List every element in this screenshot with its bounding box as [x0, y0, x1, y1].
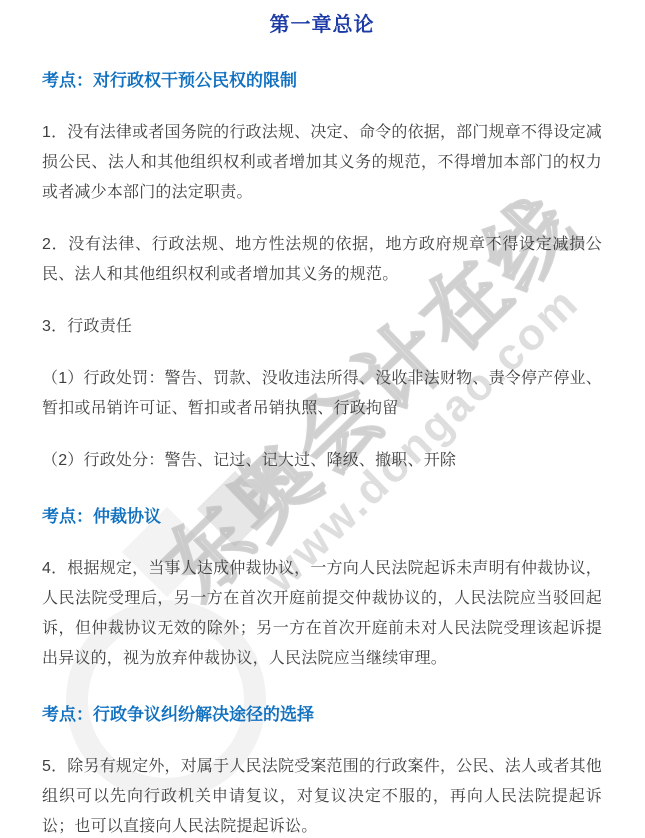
paragraph: 1．没有法律或者国务院的行政法规、决定、命令的依据，部门规章不得设定减损公民、法… [42, 118, 602, 208]
section-heading-dispute-resolution-options: 考点：行政争议纠纷解决途径的选择 [42, 700, 602, 730]
chapter-title: 第一章总论 [42, 10, 602, 40]
document-content: 第一章总论 考点：对行政权干预公民权的限制 1．没有法律或者国务院的行政法规、决… [0, 0, 645, 838]
paragraph: （1）行政处罚：警告、罚款、没收违法所得、没收非法财物、责令停产停业、暂扣或吊销… [42, 364, 602, 424]
document-page: 东奥会计在线 www.dongao.com 第一章总论 考点：对行政权干预公民权… [0, 0, 645, 838]
section-heading-arbitration-agreement: 考点：仲裁协议 [42, 502, 602, 532]
paragraph: 3．行政责任 [42, 312, 602, 342]
paragraph: （2）行政处分：警告、记过、记大过、降级、撤职、开除 [42, 446, 602, 476]
paragraph: 2．没有法律、行政法规、地方性法规的依据，地方政府规章不得设定减损公民、法人和其… [42, 230, 602, 290]
paragraph: 4．根据规定，当事人达成仲裁协议，一方向人民法院起诉未声明有仲裁协议，人民法院受… [42, 554, 602, 674]
paragraph: 5．除另有规定外，对属于人民法院受案范围的行政案件，公民、法人或者其他组织可以先… [42, 752, 602, 838]
section-heading-limits-on-administrative-power: 考点：对行政权干预公民权的限制 [42, 66, 602, 96]
